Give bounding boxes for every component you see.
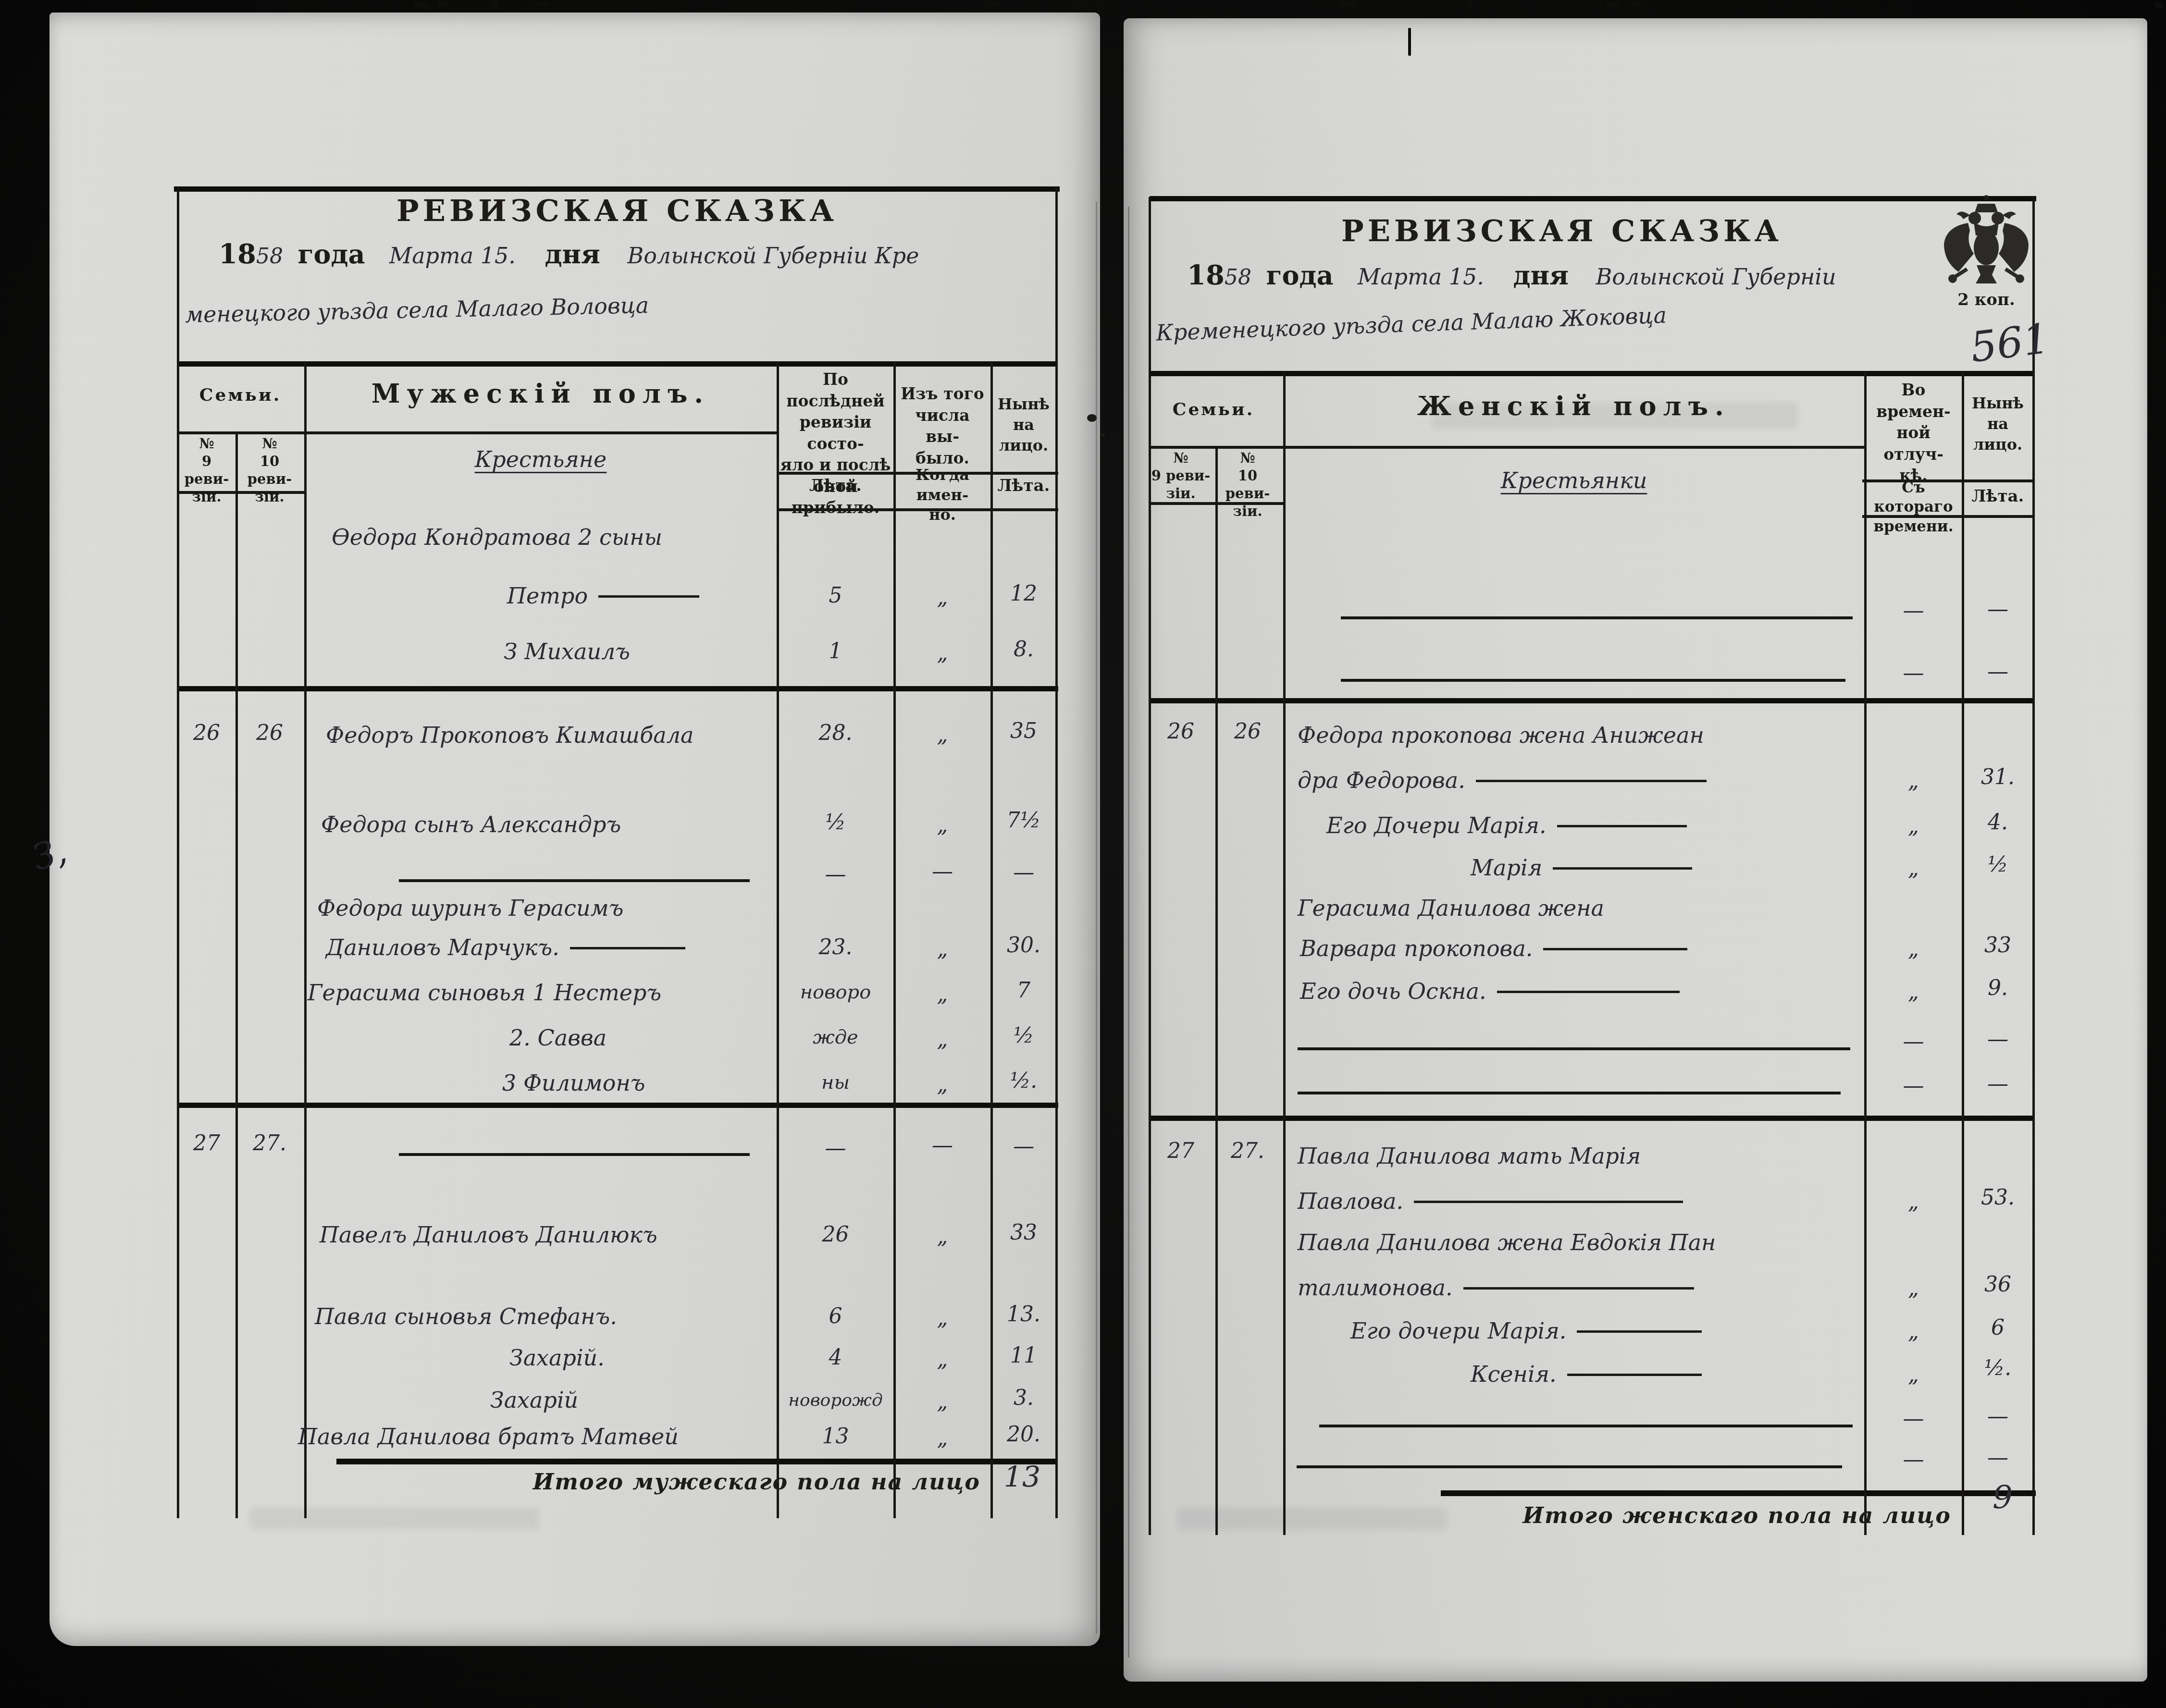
person-name: Захарій <box>490 1387 721 1414</box>
table-border <box>1150 196 2036 201</box>
person-name: Захарій. <box>509 1344 740 1372</box>
departed-when: — <box>896 1132 989 1158</box>
name-text: Даниловъ Марчукъ. <box>326 934 559 960</box>
age-now: 53. <box>1964 1184 2031 1211</box>
ink-blot <box>1101 433 1105 437</box>
person-name: Федора сынъ Александръ <box>321 811 763 839</box>
name-text: дра Федорова. <box>1298 767 1465 793</box>
table-border <box>1149 197 1151 1535</box>
printed-century: 18 <box>1187 259 1225 291</box>
age-now: 9. <box>1964 975 2031 1001</box>
age-now: ½ <box>1964 851 2031 878</box>
departed-when: — <box>896 858 989 885</box>
age-now: ½. <box>1964 1355 2031 1381</box>
col-rev10: № 10 реви- зіи. <box>236 435 303 506</box>
total-rule <box>336 1459 1057 1464</box>
person-name: талимонова. <box>1298 1274 1860 1302</box>
table-border <box>177 187 179 1518</box>
table-line <box>1149 446 1864 449</box>
age-now: 20. <box>993 1421 1054 1448</box>
age-now: — <box>1964 596 2031 622</box>
fill-dash <box>1543 948 1687 950</box>
departed-when: „ <box>896 1223 989 1250</box>
person-name: Федоръ Прокоповъ Кимашбала <box>326 722 768 750</box>
absence-since: — <box>1867 1028 1960 1055</box>
fill-dash <box>1577 1330 1702 1333</box>
absence-since: „ <box>1867 936 1960 962</box>
family-no-9th: 26 <box>179 720 235 746</box>
column-line <box>1215 447 1218 1535</box>
fill-dash <box>1557 825 1687 827</box>
scan-artifact <box>1467 0 1473 8</box>
family-no-9th: 27 <box>179 1130 235 1156</box>
age-now: 7½ <box>993 807 1054 834</box>
age-last-revision: ны <box>779 1070 892 1094</box>
date-line: 1858 года Марта 15. дня Волынской Губерн… <box>219 237 1064 271</box>
age-now: 30. <box>993 932 1054 958</box>
family-no-9th: 27 <box>1150 1138 1212 1164</box>
scan-artifact <box>491 0 499 9</box>
departed-when: „ <box>896 640 989 666</box>
col-rev10: № 10 реви- зіи. <box>1214 449 1281 520</box>
person-name: 2. Савва <box>509 1024 740 1052</box>
blank-entry-dash <box>1341 616 1853 619</box>
person-name: Павла Данилова жена Евдокія Пан <box>1298 1229 1860 1257</box>
absence-since: — <box>1867 1072 1960 1099</box>
col-gender: Мужескій полъ. <box>312 378 769 410</box>
scan-artifact <box>1408 28 1411 56</box>
person-name: Ксенія. <box>1471 1361 1860 1389</box>
fill-dash <box>1567 1374 1702 1376</box>
age-last-revision: ½ <box>779 809 892 836</box>
absence-since: — <box>1867 597 1960 624</box>
age-now: — <box>1964 1403 2031 1429</box>
sub-when: Когда имен- но. <box>896 465 989 525</box>
person-name: Павла Данилова братъ Матвей <box>298 1423 759 1451</box>
stamp-denomination: 2 коп. <box>1936 290 2037 310</box>
name-text: Петро <box>507 583 588 609</box>
family-no-9th: 26 <box>1150 718 1212 745</box>
name-text: Варвара прокопова. <box>1300 935 1533 961</box>
family-separator <box>1149 698 2034 703</box>
departed-when: „ <box>896 722 989 748</box>
departed-when: „ <box>896 1071 989 1098</box>
blank-entry-dash <box>1298 1047 1850 1050</box>
absence-since: „ <box>1867 1189 1960 1215</box>
printed-goda: года <box>297 239 365 270</box>
person-name: Герасима сыновья 1 Нестеръ <box>308 979 769 1007</box>
person-name: Федора прокопова жена Анижеан <box>1298 722 1860 750</box>
age-now: 33 <box>1964 932 2031 958</box>
age-now: — <box>1964 1026 2031 1052</box>
col-present: Нынѣ на лицо. <box>993 394 1054 456</box>
total-rule <box>1441 1490 2036 1496</box>
person-name: Его дочь Оскна. <box>1300 978 1860 1006</box>
blank-entry-dash <box>1298 1092 1841 1094</box>
table-line <box>177 431 779 434</box>
fill-dash <box>1497 991 1680 993</box>
scan-artifact <box>2155 3 2163 9</box>
fill-dash <box>1476 780 1707 782</box>
col-rev9: № 9 реви- зіи. <box>1150 449 1212 503</box>
age-now: 3. <box>993 1385 1054 1411</box>
col-present: Нынѣ на лицо. <box>1964 393 2031 455</box>
absence-since: „ <box>1867 768 1960 794</box>
scan-artifact <box>414 1 431 10</box>
table-border <box>174 186 1060 192</box>
fill-dash <box>1414 1201 1683 1203</box>
absence-since: — <box>1867 1446 1960 1473</box>
person-name: Его Дочери Марія. <box>1326 812 1860 840</box>
col-departed: Изъ того числа вы- было. <box>896 383 989 469</box>
person-name: Его дочери Марія. <box>1350 1317 1860 1345</box>
age-now: 6 <box>1964 1315 2031 1341</box>
age-last-revision: 5 <box>779 582 892 609</box>
hw-province: Волынской Губерніи Кре <box>627 243 919 269</box>
fill-dash <box>1553 867 1692 870</box>
age-now: ½. <box>993 1068 1054 1094</box>
name-text: талимонова. <box>1298 1275 1453 1301</box>
sub-years-prev: Лѣта. <box>779 476 892 496</box>
person-name: Даниловъ Марчукъ. <box>326 934 758 962</box>
age-last-revision: 26 <box>779 1221 892 1248</box>
age-now: — <box>1964 1070 2031 1097</box>
scan-artifact <box>1340 1 1356 7</box>
page-title: РЕВИЗСКАЯ СКАЗКА <box>1269 212 1855 250</box>
ink-blot <box>1087 414 1097 422</box>
blank-entry-dash <box>1341 679 1845 682</box>
column-line <box>235 432 238 1518</box>
family-no-10th: 27. <box>236 1130 303 1156</box>
age-last-revision: 28. <box>779 720 892 746</box>
column-line <box>304 362 307 1518</box>
departed-when: „ <box>896 1305 989 1331</box>
family-no-10th: 26 <box>236 720 303 746</box>
total-label: Итого мужескаго пола на лицо <box>519 1468 980 1496</box>
family-no-10th: 27. <box>1214 1138 1281 1164</box>
person-name: Павла Данилова мать Марія <box>1298 1143 1860 1170</box>
age-now: 4. <box>1964 809 2031 836</box>
name-text: Марія <box>1471 855 1542 881</box>
absence-since: „ <box>1867 1275 1960 1302</box>
bleedthrough-ghost <box>250 1508 538 1529</box>
total-value: 9 <box>1967 1478 2039 1518</box>
book-scan: З, РЕВИЗСКАЯ СКАЗКА 1858 года Марта 15. … <box>0 0 2166 1708</box>
scan-artifact <box>537 2 550 7</box>
name-text: Его дочери Марія. <box>1350 1318 1566 1344</box>
bleedthrough-ghost <box>1177 1508 1447 1530</box>
scan-artifact <box>1632 1 1641 6</box>
person-name: Марія <box>1471 854 1860 882</box>
age-last-revision: новоро <box>779 980 892 1004</box>
age-now: 31. <box>1964 764 2031 790</box>
name-text: Его дочь Оскна. <box>1300 978 1486 1004</box>
printed-dnya: дня <box>545 239 600 270</box>
absence-since: „ <box>1867 1318 1960 1345</box>
printed-dnya: дня <box>1513 260 1568 291</box>
departed-when: „ <box>896 981 989 1008</box>
age-now: 12 <box>993 580 1054 607</box>
age-now: — <box>993 859 1054 885</box>
table-border <box>1055 187 1058 1518</box>
age-last-revision: жде <box>779 1025 892 1049</box>
absence-since: „ <box>1867 1362 1960 1388</box>
estate-label: Крестьяне <box>433 446 649 474</box>
col-families: Семьи. <box>183 384 298 406</box>
age-last-revision: новорожд <box>779 1389 892 1411</box>
page-title: РЕВИЗСКАЯ СКАЗКА <box>329 192 905 230</box>
col-absence: Во времен- ной отлуч- кѣ. <box>1867 380 1960 487</box>
person-name: Герасима Данилова жена <box>1298 895 1860 922</box>
hw-day: Марта 15. <box>389 243 516 269</box>
departed-when: „ <box>896 584 989 611</box>
family-separator <box>177 1103 1058 1108</box>
person-name: дра Федорова. <box>1298 767 1860 795</box>
person-name: Павелъ Даниловъ Данилюкъ <box>320 1221 762 1249</box>
family-no-10th: 26 <box>1214 718 1281 745</box>
person-name: Федора шуринъ Герасимъ <box>317 895 759 922</box>
hw-province: Волынской Губерніи <box>1596 264 1836 290</box>
family-separator <box>177 686 1058 691</box>
sub-years-now: Лѣта. <box>1964 486 2031 507</box>
person-name: Ѳедора Кондратова 2 сыны <box>332 524 764 552</box>
col-rev9: № 9 реви- зіи. <box>179 435 235 506</box>
hw-year: 58 <box>1225 265 1251 290</box>
departed-when: „ <box>896 1346 989 1373</box>
table-line <box>1149 371 2034 376</box>
date-line: 1858 года Марта 15. дня Волынской Губерн… <box>1187 258 1937 292</box>
absence-since: „ <box>1867 979 1960 1005</box>
departed-when: „ <box>896 812 989 838</box>
person-name: З Михаилъ <box>504 638 734 666</box>
age-now: 36 <box>1964 1271 2031 1298</box>
age-last-revision: — <box>779 861 892 887</box>
name-text: Павлова. <box>1298 1188 1403 1214</box>
total-label: Итого женскаго пола на лицо <box>1480 1502 1951 1530</box>
person-name: 3 Филимонъ <box>502 1069 733 1097</box>
fill-dash <box>598 595 699 598</box>
age-now: 35 <box>993 718 1054 744</box>
col-last-revision: По послѣдней ревизіи состо- яло и послѣ … <box>779 369 892 519</box>
person-name: Варвара прокопова. <box>1300 935 1860 963</box>
absence-since: „ <box>1867 813 1960 839</box>
printed-goda: года <box>1266 260 1333 291</box>
age-now: — <box>1964 658 2031 685</box>
scan-artifact <box>986 1 1001 7</box>
age-now: 7 <box>993 977 1054 1004</box>
age-now: 11 <box>993 1342 1054 1369</box>
departed-when: „ <box>896 1425 989 1451</box>
name-text: Ксенія. <box>1471 1361 1557 1387</box>
total-value: 13 <box>986 1460 1058 1496</box>
age-now: — <box>1964 1444 2031 1471</box>
fill-dash <box>570 947 685 949</box>
person-name: Павлова. <box>1298 1188 1860 1216</box>
fill-dash <box>1463 1287 1694 1290</box>
age-last-revision: 13 <box>779 1423 892 1450</box>
family-separator <box>1149 1116 2034 1121</box>
age-now: 13. <box>993 1301 1054 1327</box>
name-text: Его Дочери Марія. <box>1326 812 1547 838</box>
age-now: 8. <box>993 636 1054 663</box>
person-name: Петро <box>507 582 738 610</box>
table-border <box>2032 197 2035 1535</box>
age-last-revision: 1 <box>779 638 892 664</box>
hw-day: Марта 15. <box>1358 264 1484 290</box>
departed-when: „ <box>896 1389 989 1415</box>
blank-entry-dash <box>1297 1465 1842 1468</box>
col-gender: Женскій полъ. <box>1298 390 1850 423</box>
absence-since: „ <box>1867 855 1960 882</box>
printed-century: 18 <box>219 238 256 270</box>
col-families: Семьи. <box>1153 399 1274 420</box>
absence-since: — <box>1867 1405 1960 1432</box>
person-name: Павла сыновья Стефанъ. <box>315 1303 757 1331</box>
right-page-edge <box>1128 207 1129 1658</box>
scan-artifact <box>1097 0 1103 10</box>
sub-since: Съ котораго времени. <box>1867 478 1960 536</box>
estate-label: Крестьянки <box>1466 467 1682 495</box>
age-now: — <box>993 1133 1054 1159</box>
column-line <box>1283 372 1286 1535</box>
age-last-revision: — <box>779 1135 892 1161</box>
departed-when: „ <box>896 1026 989 1053</box>
blank-entry-dash <box>399 1153 750 1156</box>
scan-artifact <box>1606 2 1621 8</box>
blank-entry-dash <box>399 879 750 882</box>
scan-artifact <box>438 1 448 7</box>
age-last-revision: 23. <box>779 934 892 960</box>
departed-when: „ <box>896 936 989 962</box>
hw-year: 58 <box>256 244 283 269</box>
age-last-revision: 6 <box>779 1303 892 1329</box>
table-line <box>177 361 1058 367</box>
blank-entry-dash <box>1319 1425 1853 1427</box>
absence-since: — <box>1867 660 1960 686</box>
age-last-revision: 4 <box>779 1344 892 1371</box>
age-now: ½ <box>993 1022 1054 1049</box>
revenue-stamp: 2 коп. <box>1936 194 2037 310</box>
sub-years-now: Лѣта. <box>993 476 1054 496</box>
age-now: 33 <box>993 1219 1054 1246</box>
